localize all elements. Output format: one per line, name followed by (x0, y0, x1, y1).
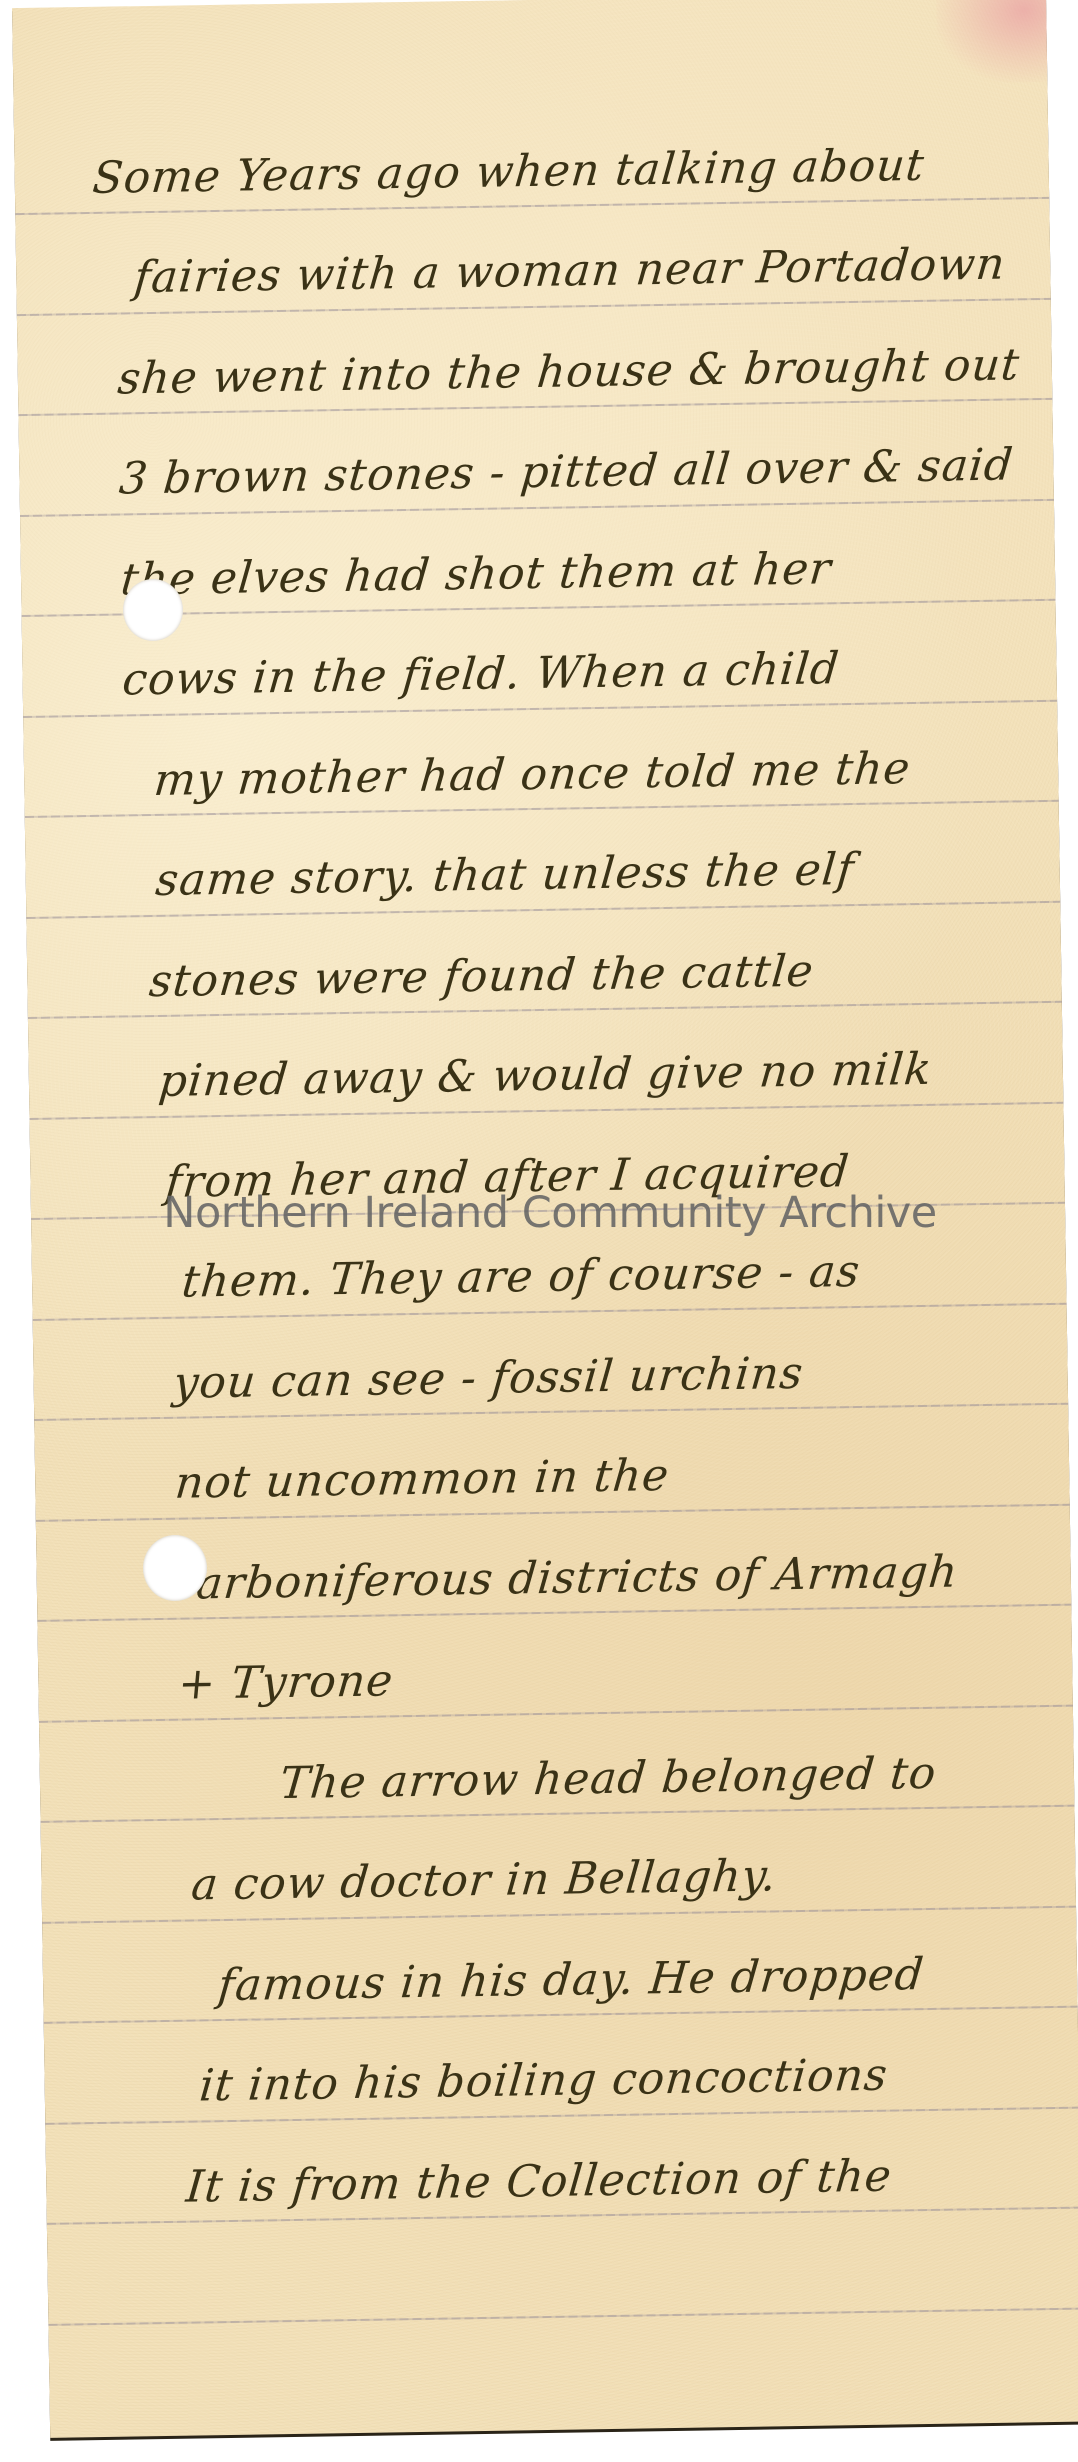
pink-stain (936, 0, 1047, 84)
handwritten-line: a cow doctor in Bellaghy. (189, 1850, 779, 1910)
rule-line (41, 1805, 1075, 1823)
handwritten-line: fairies with a woman near Portadown (132, 239, 1008, 304)
handwritten-line: stones were found the cattle (147, 946, 816, 1008)
handwritten-line: it into his boiling concoctions (197, 2050, 890, 2112)
handwritten-line: same story. that unless the elf (154, 844, 857, 906)
handwritten-line: Some Years ago when talking about (90, 140, 926, 204)
handwritten-line: them. They are of course - as (180, 1246, 863, 1308)
handwritten-line: you can see - fossil urchins (171, 1348, 805, 1409)
punch-hole (143, 1535, 207, 1601)
handwritten-line: pined away & would give no milk (157, 1044, 935, 1107)
punch-hole (123, 579, 183, 641)
handwritten-line: the elves had shot them at her (119, 543, 834, 605)
handwritten-line: not uncommon in the (173, 1450, 672, 1509)
handwritten-line: + Tyrone (176, 1655, 396, 1709)
archive-watermark: Northern Ireland Community Archive (95, 1188, 1005, 1238)
handwritten-line: she went into the house & brought out (116, 339, 1022, 404)
handwritten-line: my mother had once told me the (152, 743, 913, 806)
rule-line (44, 2006, 1078, 2024)
handwritten-line: Carboniferous districts of Armagh (160, 1546, 961, 1610)
handwritten-line: The arrow head belonged to (278, 1748, 939, 1809)
handwritten-line: 3 brown stones - pitted all over & said (117, 439, 1015, 504)
handwritten-line: famous in his day. He dropped (216, 1949, 926, 2011)
handwritten-line: It is from the Collection of the (184, 2151, 894, 2213)
handwritten-line: cows in the field. When a child (120, 643, 841, 705)
rule-line (48, 2308, 1078, 2326)
